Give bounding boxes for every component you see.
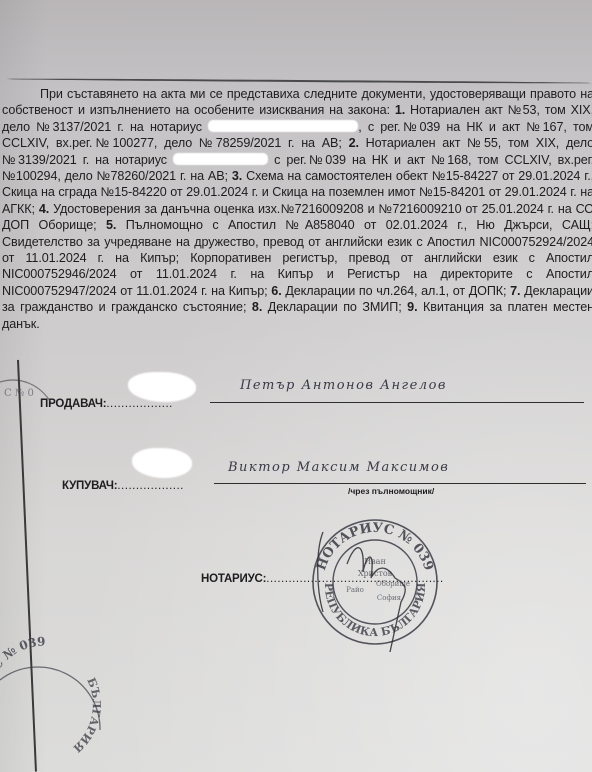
redacted-notary-name-2: [173, 153, 268, 165]
seller-handwritten-name: Петър Антонов Ангелов: [240, 378, 447, 393]
partial-stamp-icon: УС № 039 БЪЛГАРИЯ: [0, 630, 110, 760]
notary-stamp-icon: НОТАРИУС № 039 РЕПУБЛИКА БЪЛГАРИЯ Иван Х…: [305, 512, 445, 652]
svg-text:С № 0: С № 0: [4, 388, 34, 399]
buyer-signature-line: [214, 483, 586, 484]
page-top-edge: [6, 78, 592, 84]
buyer-handwritten-name: Виктор Максим Максимов: [228, 460, 449, 475]
seller-signature-line: [210, 402, 584, 403]
svg-text:Райо: Райо: [346, 586, 364, 594]
svg-text:БЪЛГАРИЯ: БЪЛГАРИЯ: [70, 676, 103, 755]
buyer-proxy-note: /чрез пълномощник/: [348, 486, 434, 496]
document-body: При съставянето на акта ми се представих…: [2, 86, 592, 332]
buyer-label: КУПУВАЧ:..................: [62, 480, 184, 492]
partial-stamp-seller-icon: С № 0: [0, 374, 60, 414]
documents-paragraph: При съставянето на акта ми се представих…: [2, 86, 592, 332]
redacted-notary-name-1: [208, 120, 358, 132]
svg-text:София: София: [377, 594, 402, 602]
redacted-buyer-signature: [132, 448, 192, 478]
svg-text:РЕПУБЛИКА БЪЛГАРИЯ: РЕПУБЛИКА БЪЛГАРИЯ: [322, 582, 428, 639]
svg-text:УС № 039: УС № 039: [0, 635, 46, 681]
